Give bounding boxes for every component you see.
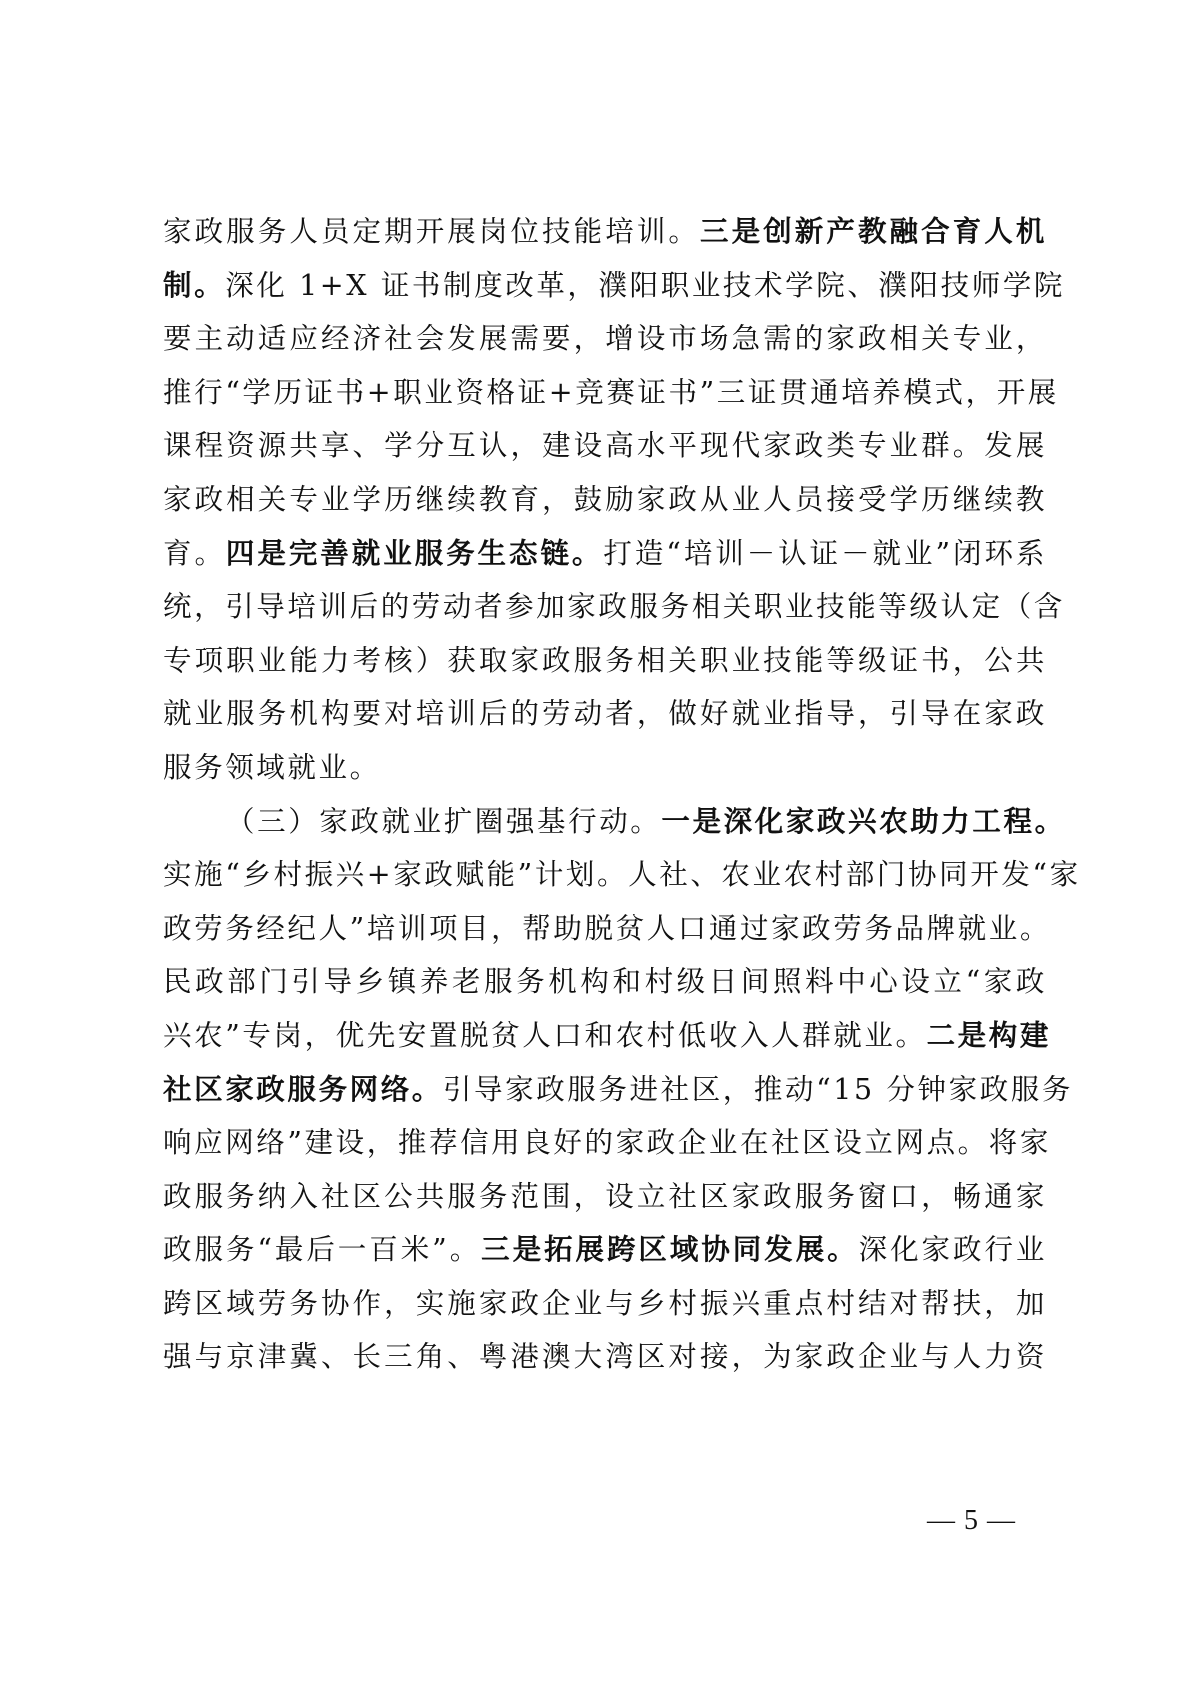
text-line: 要主动适应经济社会发展需要，增设市场急需的家政相关专业， (163, 312, 1047, 366)
page-number: — 5 — (927, 1505, 1016, 1537)
body-text-segment: 政劳务经纪人”培训项目，帮助脱贫人口通过家政劳务品牌就业。 (163, 912, 1051, 945)
body-text-segment: 政服务“最后一百米”。 (163, 1233, 481, 1266)
body-text-segment: 家政相关专业学历继续教育，鼓励家政从业人员接受学历继续教 (163, 483, 1047, 516)
text-line: 强与京津冀、长三角、粤港澳大湾区对接，为家政企业与人力资 (163, 1330, 1047, 1384)
body-text-segment: 就业服务机构要对培训后的劳动者，做好就业指导，引导在家政 (163, 697, 1047, 730)
text-line: 统，引导培训后的劳动者参加家政服务相关职业技能等级认定（含 (163, 580, 1047, 634)
bold-heading-text: 一是深化家政兴农助力工程。 (661, 805, 1065, 838)
body-text-segment: 兴农”专岗，优先安置脱贫人口和农村低收入人群就业。 (163, 1019, 927, 1052)
body-text-segment: 统，引导培训后的劳动者参加家政服务相关职业技能等级认定（含 (163, 590, 1065, 623)
bold-heading-text: 四是完善就业服务生态链。 (226, 537, 603, 570)
body-text-segment: 家政服务人员定期开展岗位技能培训。 (163, 215, 700, 248)
text-line: 专项职业能力考核）获取家政服务相关职业技能等级证书，公共 (163, 634, 1047, 688)
bold-heading-text: 社区家政服务网络。 (163, 1073, 443, 1106)
body-text-segment: 育。 (163, 537, 226, 570)
body-text-segment: 政服务纳入社区公共服务范围，设立社区家政服务窗口，畅通家 (163, 1180, 1047, 1213)
text-line: 家政服务人员定期开展岗位技能培训。三是创新产教融合育人机 (163, 205, 1047, 259)
body-text-segment: 课程资源共享、学分互认，建设高水平现代家政类专业群。发展 (163, 429, 1047, 462)
body-text-segment: 引导家政服务进社区，推动“15 分钟家政服务 (443, 1073, 1073, 1106)
text-line: 响应网络”建设，推荐信用良好的家政企业在社区设立网点。将家 (163, 1116, 1047, 1170)
body-text-segment: 深化 1+X 证书制度改革，濮阳职业技术学院、濮阳技师学院 (225, 269, 1065, 302)
text-line: 推行“学历证书+职业资格证+竞赛证书”三证贯通培养模式，开展 (163, 366, 1047, 420)
text-line: 制。深化 1+X 证书制度改革，濮阳职业技术学院、濮阳技师学院 (163, 259, 1047, 313)
text-line: 政服务“最后一百米”。三是拓展跨区域协同发展。深化家政行业 (163, 1223, 1047, 1277)
text-line: 家政相关专业学历继续教育，鼓励家政从业人员接受学历继续教 (163, 473, 1047, 527)
body-text: 家政服务人员定期开展岗位技能培训。三是创新产教融合育人机制。深化 1+X 证书制… (163, 205, 1047, 1384)
body-text-segment: 推行“学历证书+职业资格证+竞赛证书”三证贯通培养模式，开展 (163, 376, 1059, 409)
document-page: 家政服务人员定期开展岗位技能培训。三是创新产教融合育人机制。深化 1+X 证书制… (0, 0, 1200, 1696)
body-text-segment: 要主动适应经济社会发展需要，增设市场急需的家政相关专业， (163, 322, 1047, 355)
body-text-segment: 民政部门引导乡镇养老服务机构和村级日间照料中心设立“家政 (163, 965, 1047, 998)
body-text-segment: 响应网络”建设，推荐信用良好的家政企业在社区设立网点。将家 (163, 1126, 1051, 1159)
body-text-segment: 服务领域就业。 (163, 751, 381, 784)
text-line: 社区家政服务网络。引导家政服务进社区，推动“15 分钟家政服务 (163, 1063, 1047, 1117)
text-line: 民政部门引导乡镇养老服务机构和村级日间照料中心设立“家政 (163, 955, 1047, 1009)
body-text-segment: 打造“培训－认证－就业”闭环系 (603, 537, 1047, 570)
text-line: 育。四是完善就业服务生态链。打造“培训－认证－就业”闭环系 (163, 527, 1047, 581)
text-line: 课程资源共享、学分互认，建设高水平现代家政类专业群。发展 (163, 419, 1047, 473)
bold-heading-text: 二是构建 (927, 1019, 1051, 1052)
body-text-segment: 深化家政行业 (859, 1233, 1047, 1266)
text-line: 就业服务机构要对培训后的劳动者，做好就业指导，引导在家政 (163, 687, 1047, 741)
text-line: 政劳务经纪人”培训项目，帮助脱贫人口通过家政劳务品牌就业。 (163, 902, 1047, 956)
text-line: 兴农”专岗，优先安置脱贫人口和农村低收入人群就业。二是构建 (163, 1009, 1047, 1063)
bold-heading-text: 三是拓展跨区域协同发展。 (481, 1233, 858, 1266)
text-line: 实施“乡村振兴+家政赋能”计划。人社、农业农村部门协同开发“家 (163, 848, 1047, 902)
body-text-segment: 强与京津冀、长三角、粤港澳大湾区对接，为家政企业与人力资 (163, 1340, 1047, 1373)
text-line: （三）家政就业扩圈强基行动。一是深化家政兴农助力工程。 (163, 795, 1047, 849)
bold-heading-text: 三是创新产教融合育人机 (700, 215, 1047, 248)
body-text-segment: 跨区域劳务协作，实施家政企业与乡村振兴重点村结对帮扶，加 (163, 1287, 1047, 1320)
body-text-segment: 专项职业能力考核）获取家政服务相关职业技能等级证书，公共 (163, 644, 1047, 677)
body-text-segment: （三）家政就业扩圈强基行动。 (226, 805, 661, 838)
body-text-segment: 实施“乡村振兴+家政赋能”计划。人社、农业农村部门协同开发“家 (163, 858, 1081, 891)
text-line: 服务领域就业。 (163, 741, 1047, 795)
bold-heading-text: 制。 (163, 269, 225, 302)
text-line: 政服务纳入社区公共服务范围，设立社区家政服务窗口，畅通家 (163, 1170, 1047, 1224)
text-line: 跨区域劳务协作，实施家政企业与乡村振兴重点村结对帮扶，加 (163, 1277, 1047, 1331)
